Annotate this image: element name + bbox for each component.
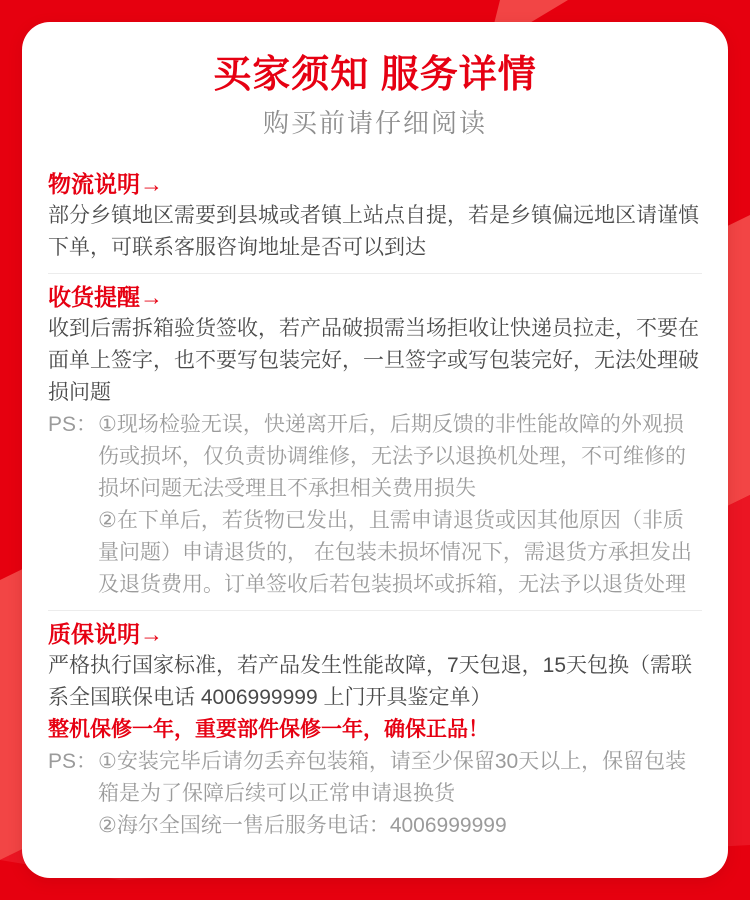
arrow-right-icon: → <box>140 171 163 197</box>
section-logistics-heading: 物流说明→ <box>48 170 702 198</box>
section-heading-text: 收货提醒 <box>48 284 140 310</box>
ps-item: ②在下单后，若货物已发出，且需申请退货或因其他原因（非质量问题）申请退货的， 在… <box>98 505 702 601</box>
ps-items: ①安装完毕后请勿丢弃包装箱，请至少保留30天以上，保留包装箱是为了保障后续可以正… <box>98 746 702 842</box>
section-receiving-heading: 收货提醒→ <box>48 283 702 311</box>
section-heading-text: 物流说明 <box>48 171 140 197</box>
page-title: 买家须知 服务详情 <box>48 54 702 96</box>
ps-item: ①现场检验无误，快递离开后，后期反馈的非性能故障的外观损伤或损坏，仅负责协调维修… <box>98 409 702 505</box>
divider <box>48 610 702 611</box>
notice-page: 买家须知 服务详情 购买前请仔细阅读 物流说明→ 部分乡镇地区需要到县城或者镇上… <box>0 0 750 900</box>
section-warranty: 质保说明→ 严格执行国家标准，若产品发生性能故障，7天包退，15天包换（需联系全… <box>48 620 702 842</box>
section-warranty-heading: 质保说明→ <box>48 620 702 648</box>
section-warranty-body: 严格执行国家标准，若产品发生性能故障，7天包退，15天包换（需联系全国联保电话 … <box>48 650 702 714</box>
notice-content: 物流说明→ 部分乡镇地区需要到县城或者镇上站点自提，若是乡镇偏远地区请谨慎下单，… <box>48 170 702 842</box>
notice-card: 买家须知 服务详情 购买前请仔细阅读 物流说明→ 部分乡镇地区需要到县城或者镇上… <box>22 22 728 878</box>
divider <box>48 273 702 274</box>
arrow-right-icon: → <box>140 621 163 647</box>
ps-note-block: PS： ①安装完毕后请勿丢弃包装箱，请至少保留30天以上，保留包装箱是为了保障后… <box>48 746 702 842</box>
ps-note-block: PS： ①现场检验无误，快递离开后，后期反馈的非性能故障的外观损伤或损坏，仅负责… <box>48 409 702 601</box>
page-subtitle: 购买前请仔细阅读 <box>48 108 702 138</box>
ps-items: ①现场检验无误，快递离开后，后期反馈的非性能故障的外观损伤或损坏，仅负责协调维修… <box>98 409 702 601</box>
ps-item: ①安装完毕后请勿丢弃包装箱，请至少保留30天以上，保留包装箱是为了保障后续可以正… <box>98 746 702 810</box>
ps-label: PS： <box>48 409 98 601</box>
section-receiving: 收货提醒→ 收到后需拆箱验货签收，若产品破损需当场拒收让快递员拉走，不要在面单上… <box>48 283 702 601</box>
arrow-right-icon: → <box>140 284 163 310</box>
ps-label: PS： <box>48 746 98 842</box>
section-logistics: 物流说明→ 部分乡镇地区需要到县城或者镇上站点自提，若是乡镇偏远地区请谨慎下单，… <box>48 170 702 264</box>
section-heading-text: 质保说明 <box>48 621 140 647</box>
section-receiving-body: 收到后需拆箱验货签收，若产品破损需当场拒收让快递员拉走，不要在面单上签字，也不要… <box>48 313 702 409</box>
section-logistics-body: 部分乡镇地区需要到县城或者镇上站点自提，若是乡镇偏远地区请谨慎下单，可联系客服咨… <box>48 200 702 264</box>
ps-item: ②海尔全国统一售后服务电话：4006999999 <box>98 810 702 842</box>
warranty-highlight: 整机保修一年，重要部件保修一年，确保正品！ <box>48 714 702 746</box>
